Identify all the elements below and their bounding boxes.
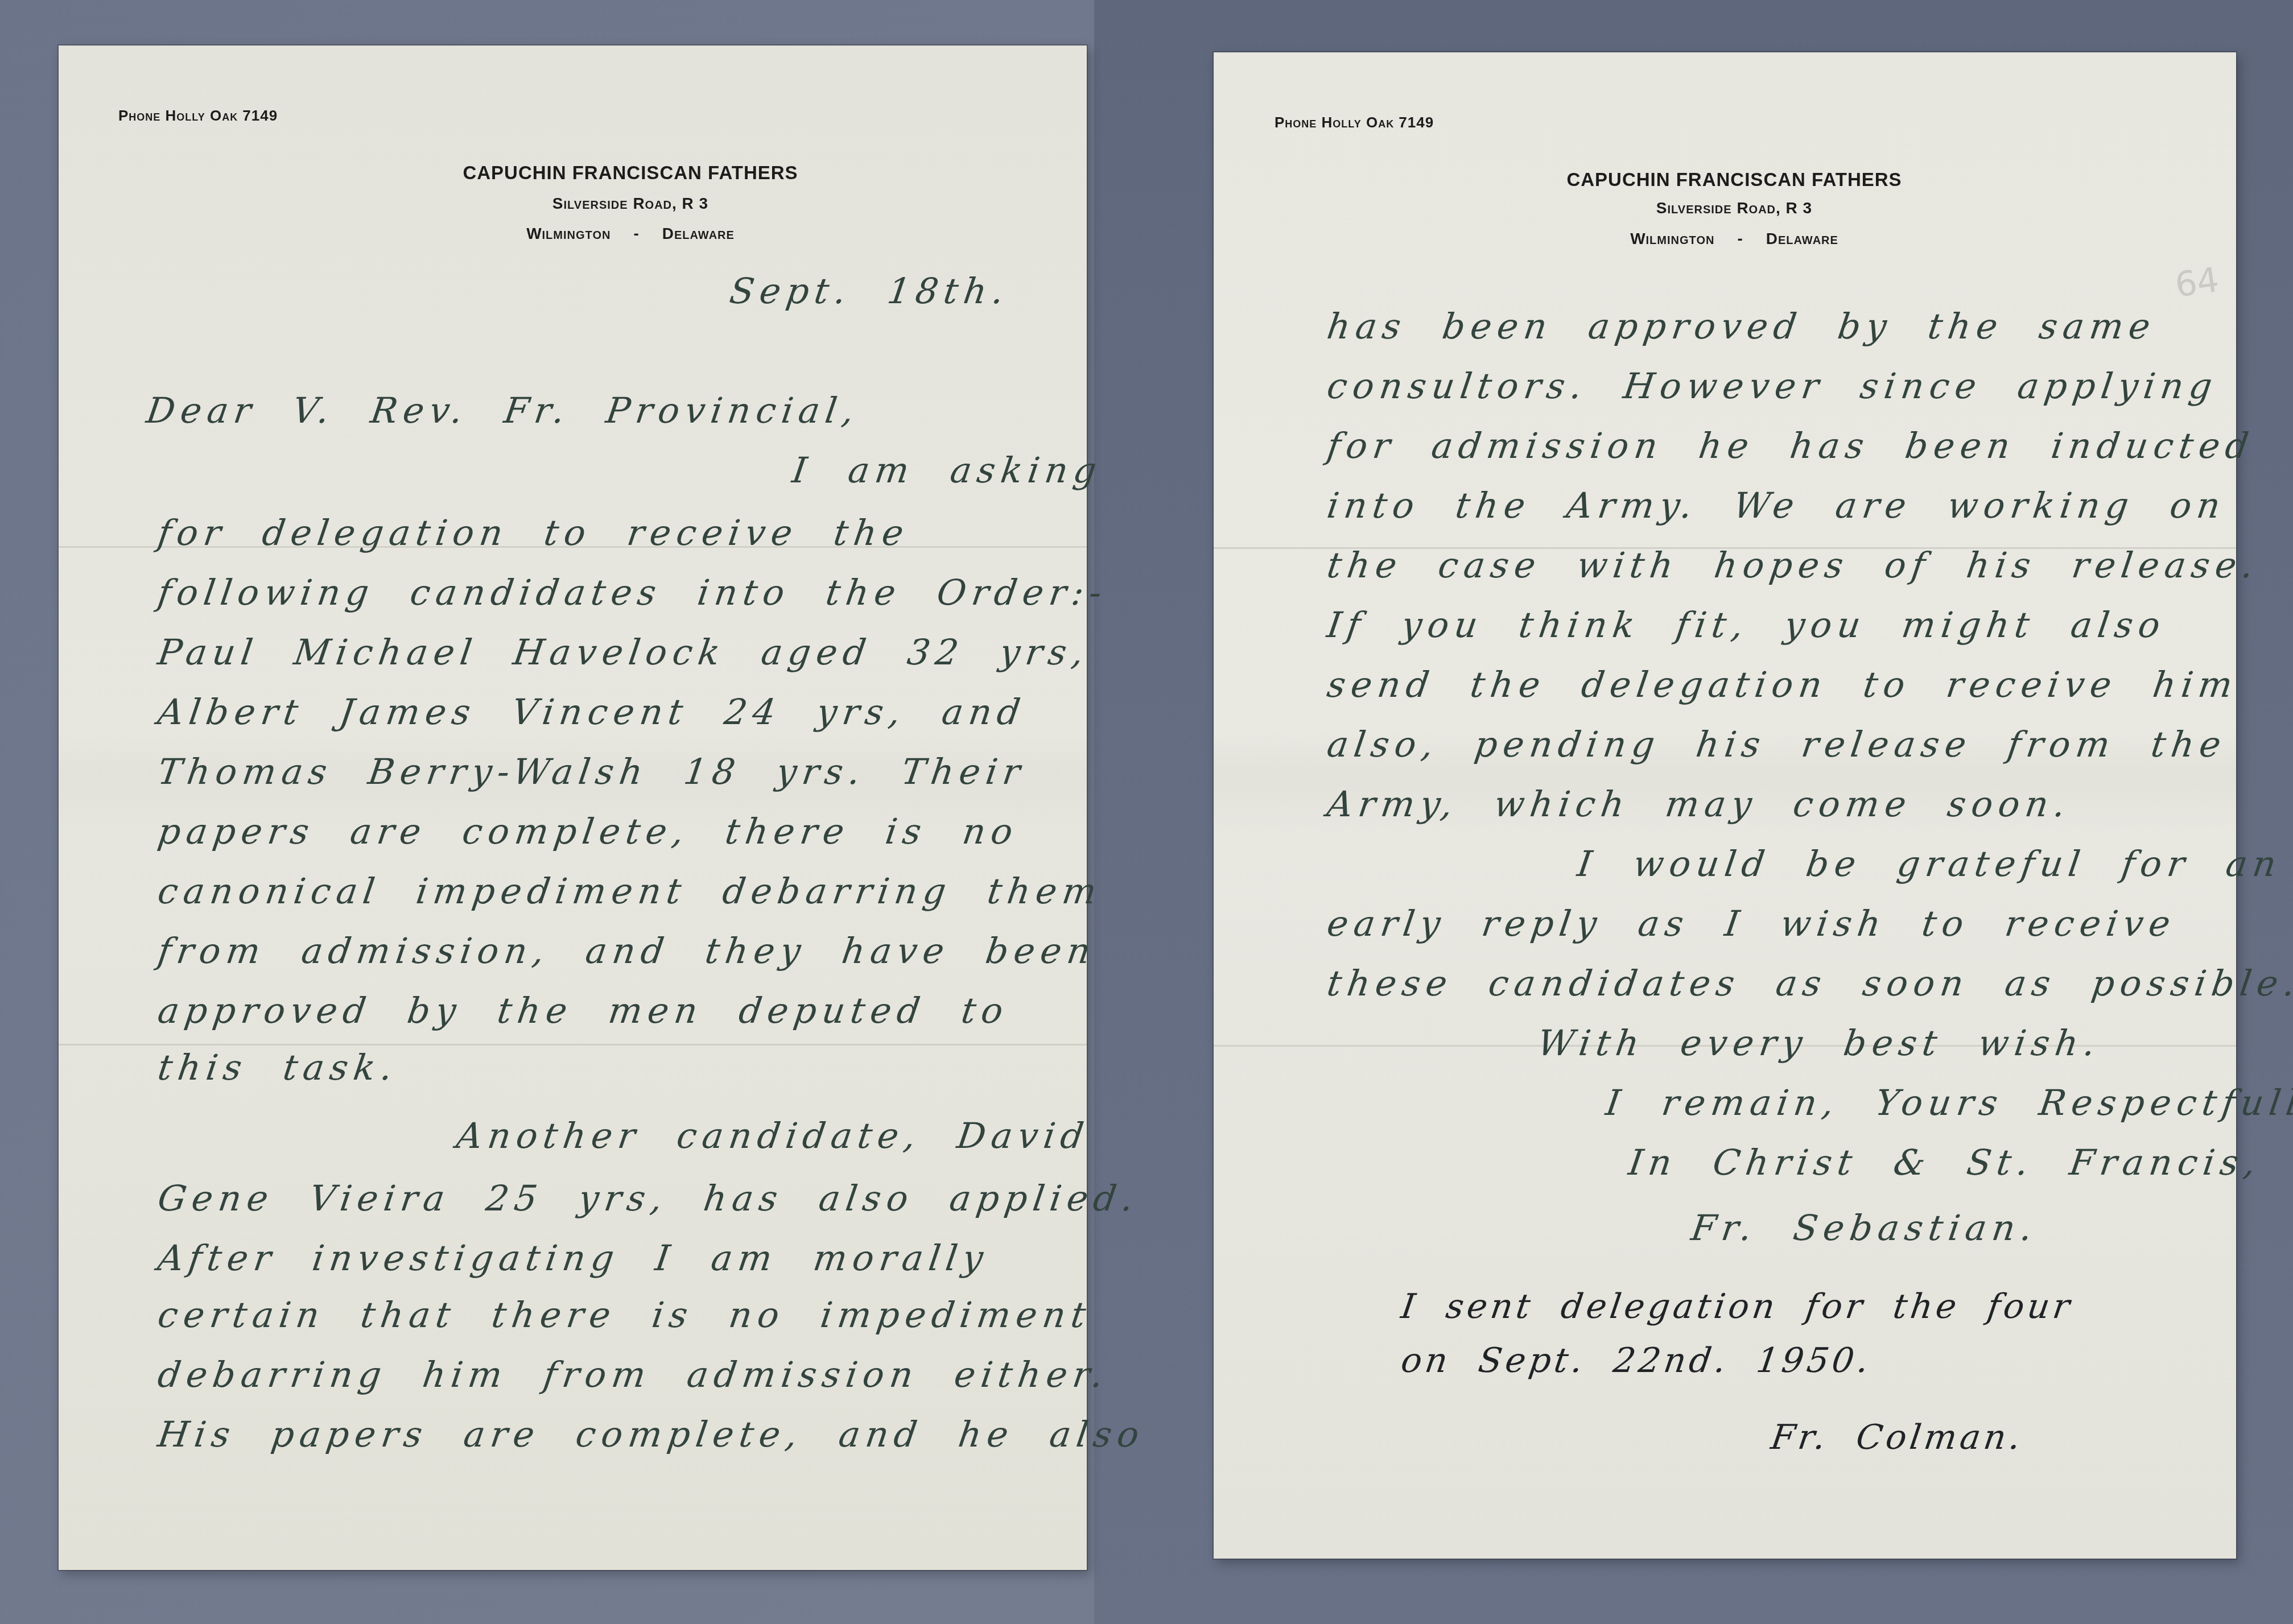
letter-line: I am asking	[790, 449, 1105, 491]
letterhead-state: Delaware	[662, 225, 735, 242]
letter-line: If you think fit, you might also	[1325, 604, 2168, 646]
letter-salutation: Dear V. Rev. Fr. Provincial,	[144, 390, 863, 431]
letter-line: certain that there is no impediment	[155, 1294, 1094, 1336]
letter-closing: With every best wish.	[1535, 1022, 2104, 1064]
letter-line: papers are complete, there is no	[155, 811, 1021, 852]
letterhead-organization: CAPUCHIN FRANCISCAN FATHERS	[1450, 169, 2019, 191]
letter-line: this task.	[155, 1047, 401, 1088]
letter-line: Gene Vieira 25 yrs, has also applied.	[155, 1177, 1142, 1219]
annotation-line: on Sept. 22nd. 1950.	[1399, 1341, 1874, 1381]
letter-line: into the Army. We are working on	[1325, 485, 2229, 526]
letterhead-phone: Phone Holly Oak 7149	[1275, 114, 1434, 131]
letter-date: Sept. 18th.	[727, 270, 1012, 312]
letterhead-organization: CAPUCHIN FRANCISCAN FATHERS	[346, 162, 915, 184]
letter-line: Another candidate, David	[454, 1115, 1092, 1156]
letter-line: Army, which may come soon.	[1325, 783, 2074, 825]
letter-line: His papers are complete, and he also	[155, 1414, 1148, 1455]
letter-line: consultors. However since applying	[1325, 365, 2221, 407]
letter-line: Paul Michael Havelock aged 32 yrs,	[155, 631, 1092, 673]
letter-line: the case with hopes of his release.	[1325, 544, 2262, 586]
letter-line: for admission he has been inducted	[1325, 425, 2257, 466]
letter-page-2: 64 Phone Holly Oak 7149 CAPUCHIN FRANCIS…	[1214, 52, 2236, 1559]
fold-crease	[59, 1044, 1087, 1046]
letter-line: send the delegation to receive him	[1325, 664, 2241, 705]
letter-line: debarring him from admission either.	[155, 1354, 1112, 1395]
letter-signature: Fr. Sebastian.	[1689, 1207, 2041, 1249]
letter-line: also, pending his release from the	[1325, 724, 2229, 765]
letterhead-address: Silverside Road, R 3	[1450, 199, 2019, 217]
letterhead-separator: -	[633, 225, 639, 243]
letter-line: Thomas Berry-Walsh 18 yrs. Their	[155, 751, 1029, 792]
letter-closing: In Christ & St. Francis,	[1626, 1142, 2264, 1183]
letter-line: I would be grateful for an	[1575, 843, 2284, 885]
letterhead-address: Silverside Road, R 3	[346, 195, 915, 213]
letterhead-phone: Phone Holly Oak 7149	[118, 107, 278, 125]
letter-line: canonical impediment debarring them	[155, 870, 1105, 912]
letterhead-city: Wilmington	[1630, 230, 1714, 247]
letter-line: early reply as I wish to receive	[1325, 903, 2179, 944]
letterhead-city-state: Wilmington-Delaware	[1450, 230, 2019, 248]
letter-line: these candidates as soon as possible.	[1325, 962, 2293, 1004]
letter-line: Albert James Vincent 24 yrs, and	[155, 691, 1029, 733]
letter-page-1: Phone Holly Oak 7149 CAPUCHIN FRANCISCAN…	[59, 46, 1087, 1570]
letter-line: for delegation to receive the	[155, 512, 912, 553]
letterhead-city-state: Wilmington-Delaware	[346, 225, 915, 243]
letter-line: following candidates into the Order:-	[155, 572, 1110, 613]
letter-line: After investigating I am morally	[155, 1237, 992, 1279]
letterhead-city: Wilmington	[526, 225, 611, 242]
letter-line: from admission, and they have been	[155, 930, 1099, 972]
annotation-line: I sent delegation for the four	[1399, 1287, 2076, 1327]
annotation-signature: Fr. Colman.	[1768, 1418, 2026, 1457]
pencil-page-mark: 64	[2173, 260, 2221, 305]
letter-line: approved by the men deputed to	[155, 990, 1012, 1031]
letter-line: has been approved by the same	[1325, 305, 2159, 347]
letterhead-separator: -	[1737, 230, 1743, 248]
letterhead-state: Delaware	[1766, 230, 1838, 247]
letter-closing: I remain, Yours Respectfully,	[1603, 1082, 2293, 1123]
